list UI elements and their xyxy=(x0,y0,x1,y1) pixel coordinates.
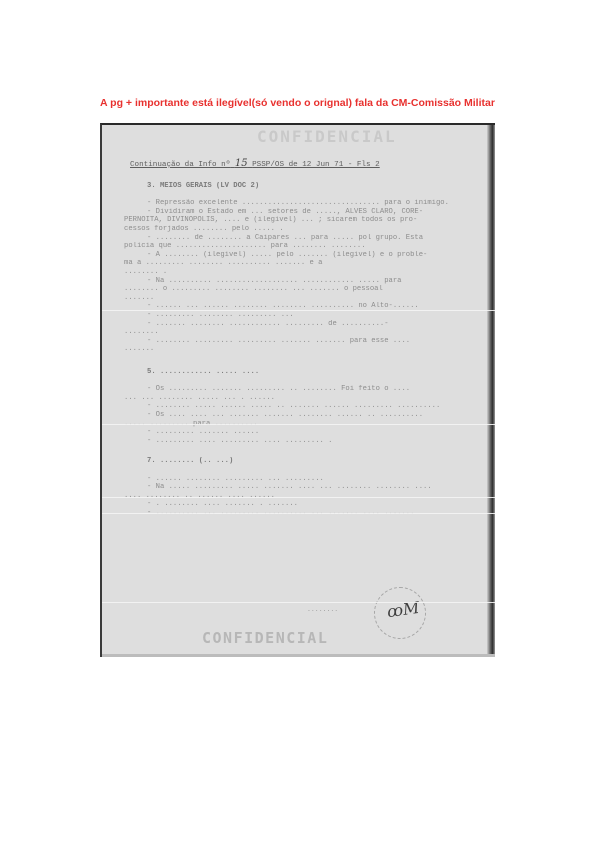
document-line: - ........ ......... ......... ....... .… xyxy=(147,337,540,345)
document-line: ........ xyxy=(124,328,517,336)
document-line: ... ... ........ ..... ... . ...... xyxy=(124,394,517,402)
document-line: PERNOITA, DIVINÓPOLIS, .... e (ilegível)… xyxy=(124,216,517,224)
document-line: cessos forjados ........ pelo ..... . xyxy=(124,225,517,233)
document-line: ....... xyxy=(124,345,517,353)
document-line: ........ . xyxy=(124,268,517,276)
document-line: - A ........ (ilegível) ..... pelo .....… xyxy=(147,251,540,259)
document-line: - Os .... .... ... ....... ....... .....… xyxy=(147,411,540,419)
document-line: ........ o ......... ........ ........ .… xyxy=(124,285,517,293)
scan-artifact xyxy=(102,497,495,498)
section-heading: 3. MEIOS GERAIS (LV DOC 2) xyxy=(147,182,540,190)
scanned-document: CONFIDENCIAL Continuação da Info nº 15 P… xyxy=(100,123,495,657)
document-line: - Repressão excelente ..................… xyxy=(147,199,540,207)
header-prefix: Continuação da Info nº xyxy=(130,161,230,169)
signoff: ........ xyxy=(307,606,338,613)
document-line: - ......... .... ......... .... ........… xyxy=(147,437,540,445)
document-header: Continuação da Info nº 15 PSSP/OS de 12 … xyxy=(130,158,523,169)
scan-artifact xyxy=(102,424,495,425)
document-line: ....... xyxy=(124,294,517,302)
confidential-stamp-bottom: CONFIDENCIAL xyxy=(202,629,328,647)
document-line: - ......... ........ ......... ... xyxy=(147,311,540,319)
document-line: - Na ..... ......... ..... ....... .... … xyxy=(147,483,540,491)
scan-artifact xyxy=(102,513,495,514)
document-line: - ........ ..... ...... ..... .. .......… xyxy=(147,402,540,410)
scan-bottom-edge xyxy=(102,654,495,657)
header-suffix: PSSP/OS de 12 Jun 71 - Fls 2 xyxy=(252,161,380,169)
document-line: - ........ de ........ a Caipares ... pa… xyxy=(147,234,540,242)
document-line: polícia que ..................... para .… xyxy=(124,242,517,250)
document-line: - Na .......... ................... ....… xyxy=(147,277,540,285)
confidential-stamp-top: CONFIDENCIAL xyxy=(257,127,397,146)
scan-artifact xyxy=(102,602,495,603)
header-number: 15 xyxy=(235,158,248,169)
page-caption: A pg + importante está ilegível(só vendo… xyxy=(0,97,595,109)
section-heading: 7. ........ (.. ...) xyxy=(147,457,540,465)
document-line: ma a ......... ........ .......... .....… xyxy=(124,259,517,267)
scan-artifact xyxy=(102,310,495,311)
document-line: - Dividiram o Estado em ... setores de .… xyxy=(147,208,540,216)
document-line: .... ........ .. ...... .... ...... xyxy=(124,492,517,500)
document-line: - Os ......... ....... ......... .. ....… xyxy=(147,385,540,393)
document-line: - . ........ .... ....... . ....... xyxy=(147,500,540,508)
document-line: - ...... ........ ......... ... ........… xyxy=(147,475,540,483)
document-line: - ......... ....... ...... xyxy=(147,428,540,436)
document-line: - ....... ........ ............ ........… xyxy=(147,320,540,328)
section-heading: 5. ............ ..... .... xyxy=(147,368,540,376)
